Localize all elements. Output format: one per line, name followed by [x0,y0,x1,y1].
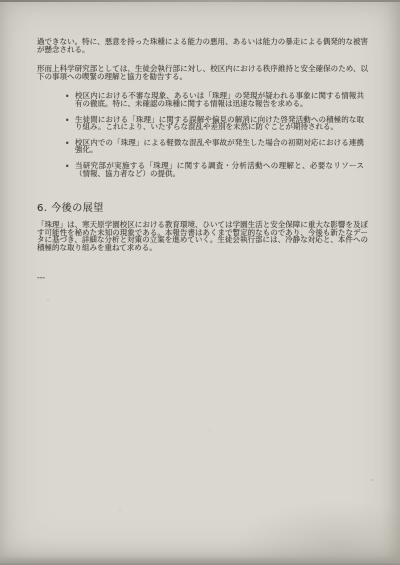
list-item: • 校区内での「珠理」による軽微な混乱や事故が発生した場合の初期対応における連携… [65,139,368,154]
paragraph-continuation: 過できない。特に、悪意を持った珠種による能力の悪用、あるいは能力の暴走による偶発… [37,38,368,53]
advisory-list: • 校区内における不審な現象、あるいは「珠理」の発現が疑われる事象に関する情報共… [37,92,368,177]
bullet-icon: • [65,117,69,125]
bullet-icon: • [65,140,69,148]
list-item: • 当研究部が実施する「珠理」に関する調査・分析活動への理解と、必要なリソース（… [65,162,368,177]
document-end-mark: --- [37,273,368,282]
scanned-page: 過できない。特に、悪意を持った珠種による能力の悪用、あるいは能力の暴走による偶発… [0,0,400,565]
paragraph-outlook: 「珠理」は、寒天原学園校区における教育環境、ひいては学園生活と安全保障に重大な影… [37,221,368,251]
list-item-text: 生徒間における「珠理」に関する誤解や偏見の解消に向けた啓発活動への積極的な取り組… [75,115,364,132]
list-item-text: 当研究部が実施する「珠理」に関する調査・分析活動への理解と、必要なリソース（情報… [75,161,364,178]
document-body: 過できない。特に、悪意を持った珠種による能力の悪用、あるいは能力の暴走による偶発… [0,0,400,282]
list-item-text: 校区内における不審な現象、あるいは「珠理」の発現が疑われる事象に関する情報共有の… [75,91,364,108]
paragraph-advisory-intro: 形而上科学研究部としては、生徒会執行部に対し、校区内における秩序維持と安全確保の… [37,65,368,80]
bullet-icon: • [65,93,69,101]
bullet-icon: • [65,163,69,171]
list-item: • 生徒間における「珠理」に関する誤解や偏見の解消に向けた啓発活動への積極的な取… [65,116,368,131]
list-item-text: 校区内での「珠理」による軽微な混乱や事故が発生した場合の初期対応における連携強化… [75,138,364,155]
scan-edge-bottom [0,556,400,565]
list-item: • 校区内における不審な現象、あるいは「珠理」の発現が疑われる事象に関する情報共… [65,92,368,107]
section-heading-future-outlook: 6. 今後の展望 [37,203,368,214]
